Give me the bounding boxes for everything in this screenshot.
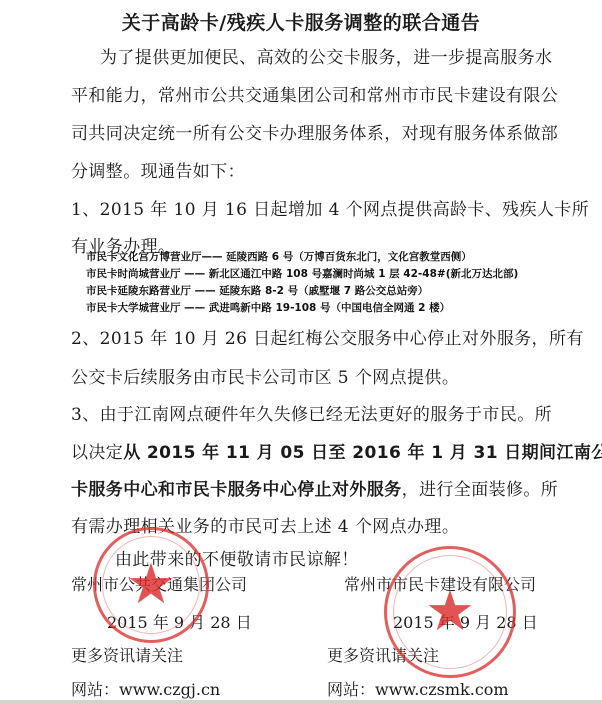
outlet-row: 市民卡文化宫万博营业厅—— 延陵西路 6 号（万博百货东北门，文化宫教堂西侧） [86,249,472,264]
website-right: 网站：www.czsmk.com [327,677,509,700]
intro-line: 为了提供更加便民、高效的公交卡服务，进一步提高服务水 [100,43,570,68]
item-1-line: 1、2015 年 10 月 16 日起增加 4 个网点提供高龄卡、残疾人卡所 [71,195,541,220]
intro-line: 司共同决定统一所有公交卡办理服务体系，对现有服务体系做部 [71,119,541,144]
item-3-bold-text: 从 2015 年 11 月 05 日至 2016 年 1 月 31 日期间江南公… [123,443,602,463]
outlet-row: 市民卡延陵东路营业厅 —— 延陵东路 8-2 号（戚墅堰 7 路公交总站旁） [86,283,428,298]
item-3-line: 以决定从 2015 年 11 月 05 日至 2016 年 1 月 31 日期间… [71,438,541,463]
outlet-address: 新北区通江中路 108 号嘉澜时尚城 1 层 42-48#(新北万达北部) [205,268,518,280]
intro-line: 分调整。现通告如下： [71,157,541,182]
outlet-name: 市民卡时尚城营业厅 —— [86,268,205,280]
follow-text-left: 更多资讯请关注 [71,643,183,666]
item-3-line: 卡服务中心和市民卡服务中心停止对外服务，进行全面装修。所 [71,475,541,500]
item-3-text: 以决定 [71,443,123,463]
item-3-line: 有需办理相关业务的市民可去上述 4 个网点办理。 [71,512,541,537]
signatory-date-right: 2015 年 9 月 28 日 [393,610,538,633]
outlet-name: 市民卡文化宫万博营业厅—— [86,251,223,263]
outlet-address: 武进鸣新中路 19-108 号（中国电信全网通 2 楼） [205,302,450,314]
outlet-name: 市民卡延陵东路营业厅 —— [86,285,216,297]
outlet-row: 市民卡大学城营业厅 —— 武进鸣新中路 19-108 号（中国电信全网通 2 楼… [86,300,450,315]
notice-title: 关于高龄卡/残疾人卡服务调整的联合通告 [0,8,602,35]
website-left: 网站：www.czgj.cn [71,677,220,700]
page-bottom-edge [0,700,602,704]
outlet-name: 市民卡大学城营业厅 —— [86,302,205,314]
item-3-bold-text: 卡服务中心和市民卡服务中心停止对外服务 [71,480,402,500]
outlet-address: 延陵东路 8-2 号（戚墅堰 7 路公交总站旁） [216,285,429,297]
notice-document: 关于高龄卡/残疾人卡服务调整的联合通告 为了提供更加便民、高效的公交卡服务，进一… [0,0,602,704]
item-2-line: 2、2015 年 10 月 26 日起红梅公交服务中心停止对外服务，所有 [71,324,541,349]
follow-text-right: 更多资讯请关注 [327,643,439,666]
outlet-address: 延陵西路 6 号（万博百货东北门，文化宫教堂西侧） [223,251,472,263]
outlet-row: 市民卡时尚城营业厅 —— 新北区通江中路 108 号嘉澜时尚城 1 层 42-4… [86,266,518,281]
signatory-org-right: 常州市市民卡建设有限公司 [344,572,536,595]
apology-text: 由此带来的不便敬请市民谅解！ [115,545,585,570]
item-2-line: 公交卡后续服务由市民卡公司市区 5 个网点提供。 [71,363,541,388]
signatory-date-left: 2015 年 9 月 28 日 [107,610,252,633]
intro-line: 平和能力，常州市公共交通集团公司和常州市市民卡建设有限公 [71,81,541,106]
signatory-org-left: 常州市公共交通集团公司 [71,572,247,595]
item-3-line: 3、由于江南网点硬件年久失修已经无法更好的服务于市民。所 [71,400,541,425]
item-3-text: ，进行全面装修。所 [402,480,559,500]
